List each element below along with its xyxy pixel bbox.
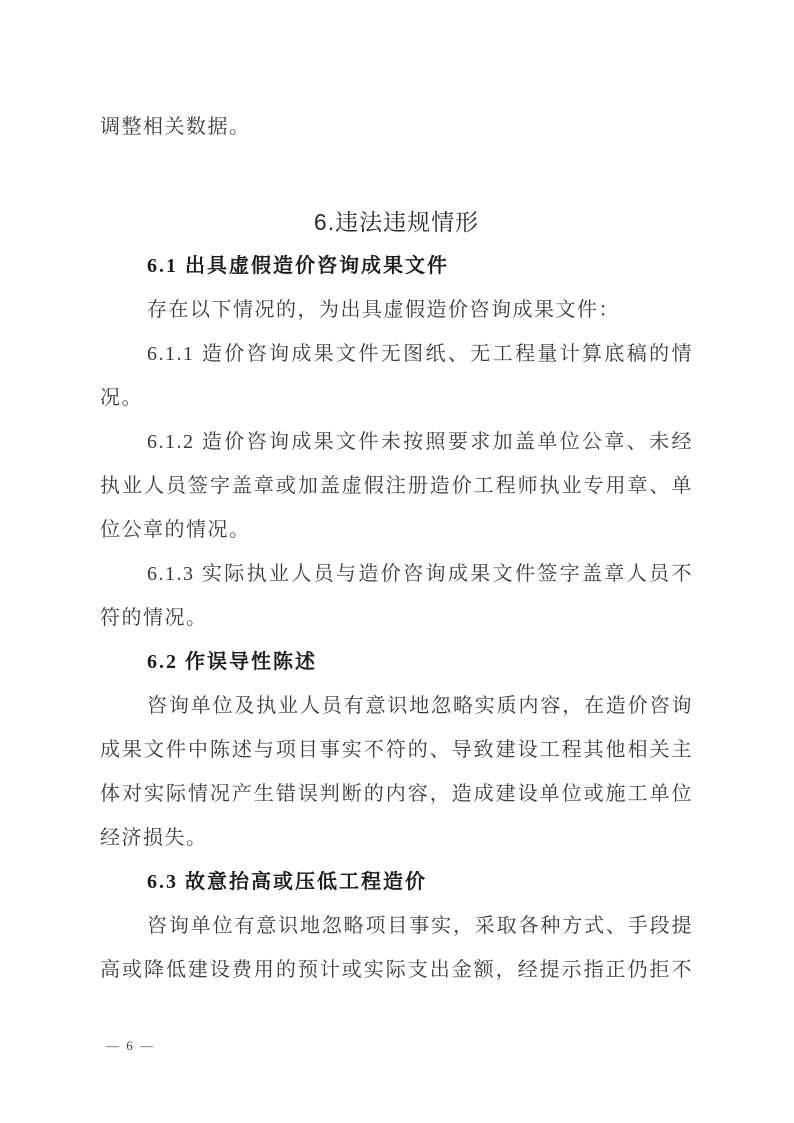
paragraph-line: 况。 [100, 376, 693, 420]
section-heading: 6.3 故意抬高或压低工程造价 [100, 860, 693, 904]
document-page: 调整相关数据。 6.违法违规情形6.1 出具虚假造价咨询成果文件存在以下情况的，… [0, 0, 794, 1123]
paragraph-line: 执业人员签字盖章或加盖虚假注册造价工程师执业专用章、单 [100, 464, 693, 508]
paragraph-line: 6.1.2 造价咨询成果文件未按照要求加盖单位公章、未经 [100, 420, 693, 464]
paragraph-line: 体对实际情况产生错误判断的内容，造成建设单位或施工单位 [100, 772, 693, 816]
paragraph-line: 高或降低建设费用的预计或实际支出金额，经提示指正仍拒不 [100, 948, 693, 992]
paragraph-line: 成果文件中陈述与项目事实不符的、导致建设工程其他相关主 [100, 728, 693, 772]
paragraph-line: 6.1.1 造价咨询成果文件无图纸、无工程量计算底稿的情 [100, 332, 693, 376]
paragraph-line: 调整相关数据。 [100, 105, 693, 149]
document-body: 调整相关数据。 6.违法违规情形6.1 出具虚假造价咨询成果文件存在以下情况的，… [100, 105, 693, 992]
section-heading: 6.2 作误导性陈述 [100, 640, 693, 684]
paragraph-line: 符的情况。 [100, 596, 693, 640]
paragraph-line: 咨询单位及执业人员有意识地忽略实质内容，在造价咨询 [100, 684, 693, 728]
chapter-heading: 6.违法违规情形 [100, 200, 693, 244]
paragraph-line: 6.1.3 实际执业人员与造价咨询成果文件签字盖章人员不 [100, 552, 693, 596]
section-heading: 6.1 出具虚假造价咨询成果文件 [100, 244, 693, 288]
paragraph-line: 咨询单位有意识地忽略项目事实，采取各种方式、手段提 [100, 904, 693, 948]
page-number: — 6 — [106, 1032, 155, 1060]
paragraph-line: 位公章的情况。 [100, 508, 693, 552]
paragraph-line: 存在以下情况的，为出具虚假造价咨询成果文件： [100, 288, 693, 332]
paragraph-line: 经济损失。 [100, 816, 693, 860]
